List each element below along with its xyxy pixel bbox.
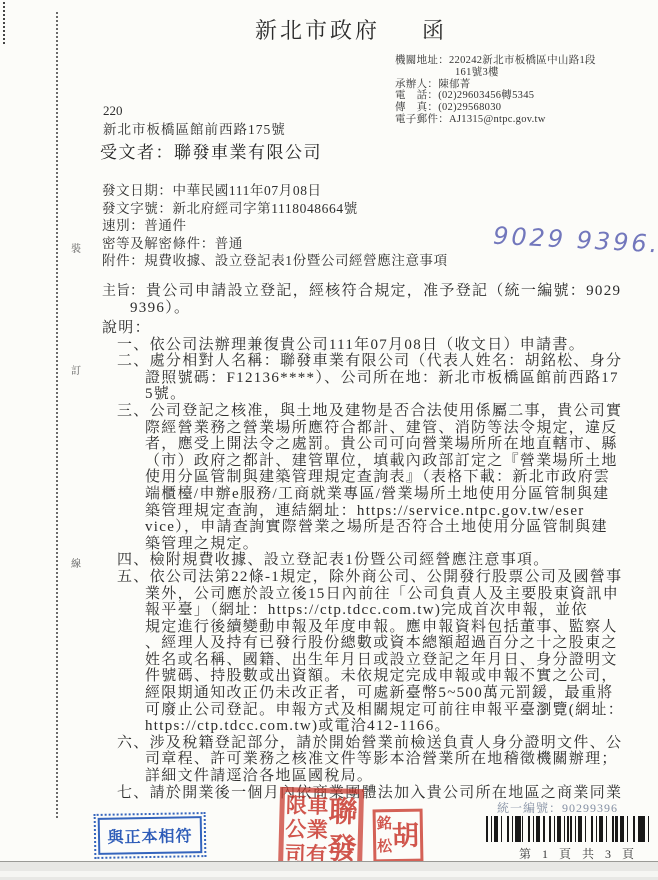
explanation-item-line: 證照號碼：F12136****）、公司所在地：新北市板橋區館前西路17 [145,370,654,387]
page-number: 第 1 頁 共 3 頁 [519,845,638,862]
item-number: 四、 [117,552,150,568]
binding-mark-char: 線 [71,555,81,570]
barcode [486,816,652,842]
item-number: 七、 [117,785,150,801]
dispatch-meta-line: 密等及解密條件：普通 [102,235,448,253]
certified-copy-stamp: 與正本相符 [98,816,203,855]
explanation-item-line: 司章程、許可業務之核准文件等影本洽營業所在地稽徵機關辦理； [145,751,654,768]
explanation-item-line: 報平臺」（網址：https://ctp.tdcc.com.tw)完成首次申報，並… [145,602,654,619]
explanation-item-line: 規定進行後續變動申報及年度申報。應申報資料包括董事、監察人 [145,619,654,636]
scan-edge-specks [3,2,5,44]
scanned-letter-page: 裝訂線 新北市政府 函 機關地址：220242新北市板橋區中山路1段161號3樓… [0,0,658,880]
seal-column: 銘松 [377,813,393,858]
seal-char: 松 [377,838,392,856]
explanation-item-line: 築管理之規定。 [145,536,654,553]
item-text: 涉及稅籍登記部分，請於開始營業前檢送負責人身分證明文件、公 [150,735,623,751]
explanation-item-line: 姓名或名稱、國籍、出生年月日或設立登記之年月日、身分證明文 [145,652,654,669]
explanation-item-line: 五、依公司法第22條-1規定，除外商公司、公開發行股票公司及國營事 [117,569,654,586]
scanner-bottom-edge [0,861,658,880]
subject-line-2: 9396）。 [130,300,190,317]
recipient-address: 新北市板橋區館前西路175號 [103,118,286,138]
subject-label: 主旨： [102,284,144,299]
explanation-item-line: 可廢止公司登記。申報方式及相關規定可前往申報平臺瀏覽(網址： [145,702,654,719]
agency-contact-line: 機關地址：220242新北市板橋區中山路1段 [395,55,596,67]
issuing-org: 新北市政府 [255,14,380,45]
seal-char: 胡 [392,820,420,850]
explanation-item-line: https://ctp.tdcc.com.tw)或電洽412-1166。 [145,718,654,735]
explanation-item-line: 5號。 [145,386,654,403]
dispatch-meta-line: 附件：規費收據、設立登記表1份暨公司經營應注意事項 [102,252,448,270]
explanation-item-line: 、經理人及持有已發行股份總數或資本總額超過百分之十之股東之 [145,635,654,652]
explanation-item-line: 二、處分相對人名稱：聯發車業有限公司（代表人姓名：胡銘松、身分 [117,353,654,370]
item-number: 六、 [117,735,150,751]
explanation-item-line: 使用分區管制與建築管理規定查詢表』（表格下載：新北市政府雲 [145,469,654,486]
explanation-item-line: 業外，公司應於設立後15日內前往「公司負責人及主要股東資訊申 [145,586,654,603]
item-number: 二、 [117,353,150,369]
seal-column: 胡 [392,813,420,858]
handwritten-note: 9029 9396. [492,222,658,259]
subject-text-1: 貴公司申請設立登記，經核符合規定，准予登記（統一編號：9029 [146,283,621,299]
explanation-item-line: 件號碼、持股數或出資額。未依規定完成申報或申報不實之公司， [145,668,654,685]
explanation-item-line: 者，應受上開法令之處罰。貴公司可向營業場所所在地直轄市、縣 [145,436,654,453]
item-text: 處分相對人名稱：聯發車業有限公司（代表人姓名：胡銘松、身分 [150,353,623,369]
seal-char: 公 [285,819,307,842]
item-text: 檢附規費收據、設立登記表1份暨公司經營應注意事項。 [150,552,550,568]
dispatch-meta-block: 發文日期：中華民國111年07月08日發文字號：新北府經司字第111804866… [102,182,448,270]
agency-contact-line: 傳 真：(02)29568030 [395,102,596,114]
item-text: 依公司法第22條-1規定，除外商公司、公開發行股票公司及國營事 [150,569,623,585]
explanation-heading: 說明： [102,320,654,337]
explanation-item-line: 際經營業務之營業場所應符合都計、建管、消防等法令規定，違反 [145,420,654,437]
explanation-item-line: 端櫃檯/申辦e服務/工商就業專區/營業場所土地使用分區管制與建 [145,486,654,503]
explanation-block: 說明： 一、依公司法辦理兼復貴公司111年07月08日（收文日）申請書。二、處分… [102,320,654,801]
agency-contact-line: 承辦人：陳郁菁 [395,79,596,91]
agency-contact-line: 電 話：(02)29603456轉5345 [395,90,596,102]
dispatch-meta-line: 發文字號：新北府經司字第1118048664號 [102,200,448,218]
item-number: 五、 [117,569,150,585]
seal-char: 限 [286,794,308,817]
binding-mark-char: 訂 [71,362,81,377]
seal-char: 銘 [377,815,392,833]
doc-type: 函 [422,14,447,45]
explanation-item-line: 三、公司登記之核准，與土地及建物是否合法使用係屬二事，貴公司實 [117,403,654,420]
binding-dotted-line [56,12,58,818]
item-text: 依公司法辦理兼復貴公司111年07月08日（收文日）申請書。 [150,337,585,353]
dispatch-meta-line: 速別：普通件 [102,217,448,235]
seal-char: 業 [306,819,328,842]
explanation-item-line: 六、涉及稅籍登記部分，請於開始營業前檢送負責人身分證明文件、公 [117,735,654,752]
scanner-edge-highlight [0,871,658,877]
seal-column: 車業有 [306,794,329,868]
agency-contact-line: 電子郵件：AJ1315@ntpc.gov.tw [395,114,596,126]
explanation-item-line: 經限期通知改正仍未改正者，可處新臺幣5~500萬元罰鍰，最重將 [145,685,654,702]
item-number: 三、 [117,403,150,419]
dispatch-meta-line: 發文日期：中華民國111年07月08日 [102,182,448,200]
seal-char: 車 [307,795,329,818]
subject-line-1: 主旨：貴公司申請設立登記，經核符合規定，准予登記（統一編號：9029 [102,283,621,301]
seal-char: 聯 [328,796,358,829]
explanation-item-line: （市）政府之都計、建管單位，填載內政部訂定之『營業場所土地 [145,453,654,470]
agency-contact-line: 161號3樓 [395,67,596,79]
explanation-item-line: 四、檢附規費收據、設立登記表1份暨公司經營應注意事項。 [117,552,654,569]
binding-mark-char: 裝 [71,240,81,255]
recipient-zip: 220 [103,103,123,119]
explanation-item-line: 一、依公司法辦理兼復貴公司111年07月08日（收文日）申請書。 [117,337,654,354]
unified-business-number: 統一編號：90299396 [497,799,618,816]
explanation-item-line: 築管理規定查詢，連結網址：https://service.ntpc.gov.tw… [145,503,654,520]
explanation-item-line: 詳細文件請逕洽各地區國稅局。 [145,768,654,785]
agency-contact-block: 機關地址：220242新北市板橋區中山路1段161號3樓承辦人：陳郁菁電 話：(… [395,55,596,126]
seal-column: 聯發 [327,794,358,868]
representative-name-seal: 銘松胡 [373,809,424,863]
item-text: 公司登記之核准，與土地及建物是否合法使用係屬二事，貴公司實 [150,403,623,419]
seal-column: 限公司 [284,793,307,867]
explanation-item-line: vice），申請查詢實際營業之場所是否符合土地使用分區管制與建 [145,519,654,536]
document-title: 新北市政府 函 [22,14,658,45]
item-number: 一、 [117,337,150,353]
recipient-line: 受文者：聯發車業有限公司 [100,138,322,163]
